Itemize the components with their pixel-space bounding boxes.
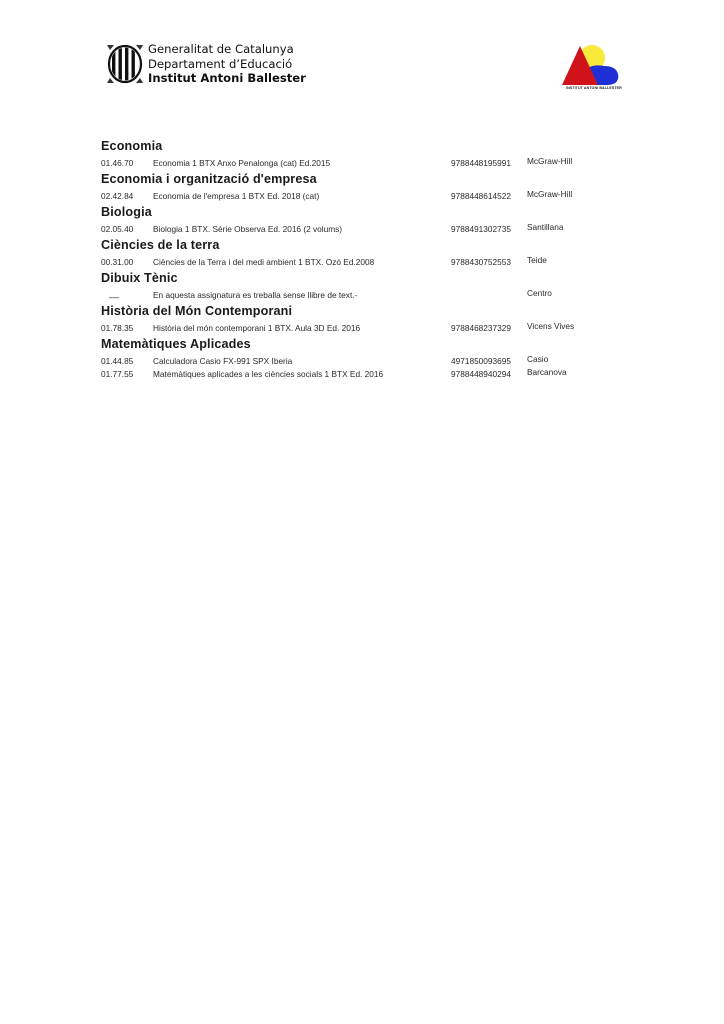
item-isbn: 9788430752553 xyxy=(451,257,511,267)
item-title: Ciències de la Terra i del medi ambient … xyxy=(153,257,374,267)
item-code: 02.05.40 xyxy=(101,224,133,234)
list-item: 02.42.84 Economia de l'empresa 1 BTX Ed.… xyxy=(101,188,621,204)
item-publisher: Santillana xyxy=(527,222,563,232)
item-isbn: 9788448614522 xyxy=(451,191,511,201)
item-title: Calculadora Casio FX-991 SPX Iberia xyxy=(153,356,292,366)
generalitat-shield-icon xyxy=(106,44,144,84)
item-publisher: Centro xyxy=(527,288,552,298)
item-title: Economia 1 BTX Anxo Penalonga (cat) Ed.2… xyxy=(153,158,330,168)
section-dibuix-tecnic: Dibuix Tènic __ En aquesta assignatura e… xyxy=(101,270,621,303)
item-publisher: Casio xyxy=(527,354,548,364)
item-publisher: Teide xyxy=(527,255,547,265)
section-title: Economia i organització d'empresa xyxy=(101,171,621,188)
list-item: 00.31.00 Ciències de la Terra i del medi… xyxy=(101,254,621,270)
list-item: 01.44.85 Calculadora Casio FX-991 SPX Ib… xyxy=(101,353,621,366)
section-historia-mon-contemporani: Història del Món Contemporani 01.78.35 H… xyxy=(101,303,621,336)
item-title: En aquesta assignatura es treballa sense… xyxy=(153,290,357,300)
item-publisher: Barcanova xyxy=(527,367,567,377)
item-title: Biologia 1 BTX. Sèrie Observa Ed. 2016 (… xyxy=(153,224,342,234)
item-isbn: 9788468237329 xyxy=(451,323,511,333)
section-economia: Economia 01.46.70 Economia 1 BTX Anxo Pe… xyxy=(101,138,621,171)
item-isbn: 9788491302735 xyxy=(451,224,511,234)
item-publisher: McGraw-Hill xyxy=(527,156,572,166)
section-title: Biologia xyxy=(101,204,621,221)
school-logo-caption: INSTITUT ANTONI BALLESTER xyxy=(566,86,622,90)
item-code: 01.44.85 xyxy=(101,356,133,366)
item-isbn: 4971850093695 xyxy=(451,356,511,366)
item-code: 00.31.00 xyxy=(101,257,133,267)
section-title: Dibuix Tènic xyxy=(101,270,621,287)
list-item: 01.77.55 Matemàtiques aplicades a les ci… xyxy=(101,366,621,379)
institution-header: Generalitat de Catalunya Departament d’E… xyxy=(148,42,306,86)
list-item: 01.46.70 Economia 1 BTX Anxo Penalonga (… xyxy=(101,155,621,171)
item-isbn: 9788448195991 xyxy=(451,158,511,168)
list-item: 01.78.35 Història del món contemporani 1… xyxy=(101,320,621,336)
section-title: Economia xyxy=(101,138,621,155)
item-title: Història del món contemporani 1 BTX. Aul… xyxy=(153,323,360,333)
section-economia-empresa: Economia i organització d'empresa 02.42.… xyxy=(101,171,621,204)
header-line-school: Institut Antoni Ballester xyxy=(148,71,306,86)
list-item: __ En aquesta assignatura es treballa se… xyxy=(101,287,621,303)
section-title: Ciències de la terra xyxy=(101,237,621,254)
list-item: 02.05.40 Biologia 1 BTX. Sèrie Observa E… xyxy=(101,221,621,237)
item-title: Matemàtiques aplicades a les ciències so… xyxy=(153,369,383,379)
item-code: 02.42.84 xyxy=(101,191,133,201)
item-publisher: McGraw-Hill xyxy=(527,189,572,199)
section-matematiques-aplicades: Matemàtiques Aplicades 01.44.85 Calculad… xyxy=(101,336,621,379)
book-list: Economia 01.46.70 Economia 1 BTX Anxo Pe… xyxy=(101,138,621,379)
item-code: 01.78.35 xyxy=(101,323,133,333)
item-code: 01.46.70 xyxy=(101,158,133,168)
item-code: __ xyxy=(109,288,119,298)
header-line-generalitat: Generalitat de Catalunya xyxy=(148,42,306,57)
section-ciencies-terra: Ciències de la terra 00.31.00 Ciències d… xyxy=(101,237,621,270)
item-title: Economia de l'empresa 1 BTX Ed. 2018 (ca… xyxy=(153,191,319,201)
institut-antoni-ballester-logo xyxy=(560,44,622,92)
section-title: Història del Món Contemporani xyxy=(101,303,621,320)
item-code: 01.77.55 xyxy=(101,369,133,379)
item-publisher: Vicens Vives xyxy=(527,321,574,331)
section-title: Matemàtiques Aplicades xyxy=(101,336,621,353)
item-isbn: 9788448940294 xyxy=(451,369,511,379)
section-biologia: Biologia 02.05.40 Biologia 1 BTX. Sèrie … xyxy=(101,204,621,237)
header-line-department: Departament d’Educació xyxy=(148,57,306,72)
